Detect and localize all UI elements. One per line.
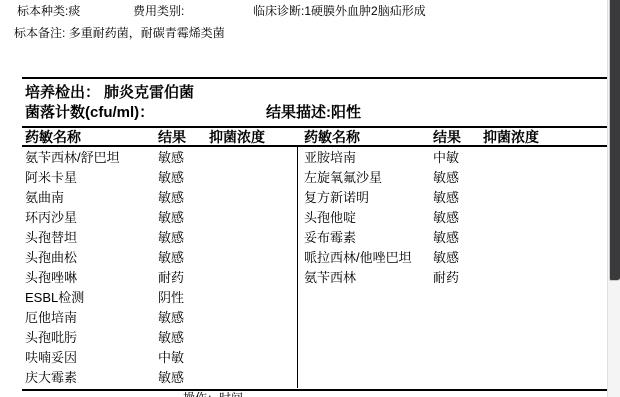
colony-count-field: 菌落计数(cfu/ml)： xyxy=(25,104,154,121)
table-row: 厄他培南敏感 xyxy=(0,308,297,328)
drug-name-cell: 氨苄西林 xyxy=(304,268,433,287)
section-divider-line xyxy=(22,77,608,79)
drug-name-cell: 妥布霉素 xyxy=(304,228,433,247)
result-cell: 敏感 xyxy=(433,228,484,247)
drug-name-cell: 左旋氧氟沙星 xyxy=(304,168,433,187)
drug-name-cell: 呋喃妥因 xyxy=(25,348,158,367)
specimen-remark-field: 标本备注: 多重耐药菌，耐碳青霉烯类菌 xyxy=(14,26,225,40)
table-row: 环丙沙星敏感 xyxy=(0,208,297,228)
drug-name-cell: 厄他培南 xyxy=(25,308,158,327)
result-cell: 敏感 xyxy=(158,328,209,347)
result-cell: 敏感 xyxy=(158,228,209,247)
drug-name-cell: 头孢吡肟 xyxy=(25,328,158,347)
result-cell: 敏感 xyxy=(158,148,209,167)
specimen-type-label: 标本种类: xyxy=(17,4,68,18)
drug-name-cell: 阿米卡星 xyxy=(25,168,158,187)
table-row: ESBL检测阴性 xyxy=(0,288,297,308)
drug-name-cell: 头孢曲松 xyxy=(25,248,158,267)
scrollbar-thumb[interactable] xyxy=(609,0,620,281)
result-cell: 耐药 xyxy=(433,268,484,287)
col-header-result: 结果 xyxy=(158,129,209,145)
drug-name-cell: 复方新诺明 xyxy=(304,188,433,207)
result-cell: 敏感 xyxy=(433,208,484,227)
drug-name-cell: 头孢他啶 xyxy=(304,208,433,227)
susceptibility-table-left: 氨苄西林/舒巴坦敏感 阿米卡星敏感 氨曲南敏感 环丙沙星敏感 头孢替坦敏感 头孢… xyxy=(0,148,297,388)
result-cell: 敏感 xyxy=(158,368,209,387)
fee-category-field: 费用类别: xyxy=(133,4,184,18)
col-header-result: 结果 xyxy=(433,129,483,145)
result-cell: 中敏 xyxy=(433,148,484,167)
table-header-left: 药敏名称结果抑菌浓度 xyxy=(0,129,297,145)
table-row: 呋喃妥因中敏 xyxy=(0,348,297,368)
table-row: 阿米卡星敏感 xyxy=(0,168,297,188)
culture-detected-value: 肺炎克雷伯菌 xyxy=(104,84,194,101)
table-row: 亚胺培南中敏 xyxy=(298,148,606,168)
table-header-right: 药敏名称结果抑菌浓度 xyxy=(298,129,606,145)
result-cell: 敏感 xyxy=(433,248,484,267)
culture-detected-label: 培养检出： xyxy=(25,84,100,101)
drug-name-cell: ESBL检测 xyxy=(25,288,158,307)
table-row: 庆大霉素敏感 xyxy=(0,368,297,388)
table-row: 头孢唑啉耐药 xyxy=(0,268,297,288)
table-row: 氨苄西林耐药 xyxy=(298,268,606,288)
result-cell: 中敏 xyxy=(158,348,209,367)
drug-name-cell: 庆大霉素 xyxy=(25,368,158,387)
table-header-top-line xyxy=(22,126,608,128)
drug-name-cell: 环丙沙星 xyxy=(25,208,158,227)
result-cell: 敏感 xyxy=(433,188,484,207)
culture-detected-field: 培养检出：肺炎克雷伯菌 xyxy=(25,84,194,101)
table-row: 氨苄西林/舒巴坦敏感 xyxy=(0,148,297,168)
specimen-remark-value: 多重耐药菌，耐碳青霉烯类菌 xyxy=(69,26,225,40)
drug-name-cell: 头孢替坦 xyxy=(25,228,158,247)
drug-name-cell: 亚胺培南 xyxy=(304,148,433,167)
result-cell: 敏感 xyxy=(158,308,209,327)
result-cell: 敏感 xyxy=(433,168,484,187)
lab-report-page: 标本种类:痰 费用类别: 临床诊断:1硬膜外血肿2脑疝形成 标本备注: 多重耐药… xyxy=(0,0,620,397)
table-bottom-line xyxy=(22,389,608,391)
result-cell: 耐药 xyxy=(158,268,209,287)
result-cell: 阴性 xyxy=(158,288,209,307)
colony-count-label: 菌落计数(cfu/ml)： xyxy=(25,104,154,121)
specimen-remark-label: 标本备注: xyxy=(14,26,65,40)
footer-partial-text: 操作：时间 xyxy=(183,392,243,397)
table-row: 头孢吡肟敏感 xyxy=(0,328,297,348)
drug-name-cell: 氨苄西林/舒巴坦 xyxy=(25,148,158,167)
drug-name-cell: 头孢唑啉 xyxy=(25,268,158,287)
result-description-label: 结果描述: xyxy=(266,104,331,121)
table-header-bottom-line xyxy=(22,145,608,147)
result-cell: 敏感 xyxy=(158,208,209,227)
col-header-drug-name: 药敏名称 xyxy=(25,129,158,145)
table-row: 头孢替坦敏感 xyxy=(0,228,297,248)
table-row: 头孢曲松敏感 xyxy=(0,248,297,268)
susceptibility-table-right: 亚胺培南中敏 左旋氧氟沙星敏感 复方新诺明敏感 头孢他啶敏感 妥布霉素敏感 哌拉… xyxy=(298,148,606,288)
table-row: 哌拉西林/他唑巴坦敏感 xyxy=(298,248,606,268)
table-row: 头孢他啶敏感 xyxy=(298,208,606,228)
specimen-type-field: 标本种类:痰 xyxy=(17,4,80,18)
table-row: 氨曲南敏感 xyxy=(0,188,297,208)
col-header-drug-name: 药敏名称 xyxy=(304,129,433,145)
clinical-diagnosis-field: 临床诊断:1硬膜外血肿2脑疝形成 xyxy=(253,4,426,18)
result-description-value: 阳性 xyxy=(331,104,361,121)
specimen-type-value: 痰 xyxy=(68,4,80,18)
table-row: 左旋氧氟沙星敏感 xyxy=(298,168,606,188)
fee-category-label: 费用类别: xyxy=(133,4,184,18)
table-row: 复方新诺明敏感 xyxy=(298,188,606,208)
result-cell: 敏感 xyxy=(158,248,209,267)
result-cell: 敏感 xyxy=(158,188,209,207)
result-cell: 敏感 xyxy=(158,168,209,187)
drug-name-cell: 氨曲南 xyxy=(25,188,158,207)
clinical-diagnosis-value: 1硬膜外血肿2脑疝形成 xyxy=(304,4,425,18)
table-row: 妥布霉素敏感 xyxy=(298,228,606,248)
clinical-diagnosis-label: 临床诊断: xyxy=(253,4,304,18)
result-description-field: 结果描述:阳性 xyxy=(266,104,361,121)
drug-name-cell: 哌拉西林/他唑巴坦 xyxy=(304,248,433,267)
col-header-mic: 抑菌浓度 xyxy=(209,129,289,145)
col-header-mic: 抑菌浓度 xyxy=(483,129,563,145)
